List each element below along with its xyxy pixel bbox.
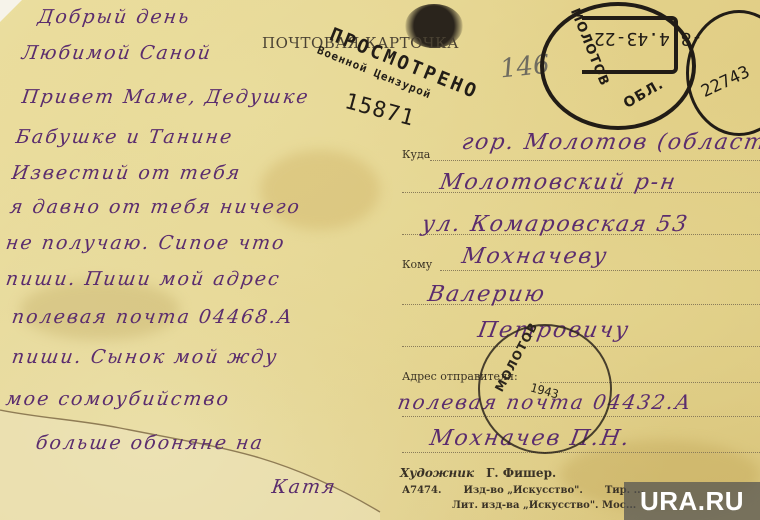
address-where-line: Молотовский р-н: [438, 170, 679, 195]
catalog-number: А7474.: [402, 485, 441, 496]
dotted-line: [430, 160, 760, 161]
message-line: не получаю. Сипое что: [4, 232, 287, 254]
address-where-line: гор. Молотов (областной): [460, 130, 760, 155]
message-line: пиши. Сынок мой жду: [10, 346, 279, 368]
message-line: Известий от тебя: [10, 162, 242, 184]
footer-artist: ХудожникГ. Фишер.: [400, 466, 556, 480]
publisher: Изд-во „Искусство".: [463, 485, 582, 496]
dotted-line: [440, 270, 760, 271]
artist-name: Г. Фишер.: [486, 466, 556, 480]
message-signature: Катя: [270, 476, 338, 498]
censor-number: 15871: [342, 89, 417, 132]
torn-corner: [0, 0, 22, 22]
label-whom: Кому: [402, 258, 432, 271]
message-line: мое сомоубийство: [4, 388, 231, 410]
message-line: пиши. Пиши мой адрес: [4, 268, 282, 290]
message-line: Добрый день: [36, 6, 192, 28]
paper-stain: [260, 150, 380, 230]
address-where-line: ул. Комаровская 53: [420, 212, 691, 237]
message-line: больше обоняне на: [34, 432, 265, 454]
postcard: ПОЧТОВАЯ КАРТОЧКА 146 ПРОСМОТРЕНО Военно…: [0, 0, 760, 520]
postmark-date: -8.4.43-22: [594, 28, 702, 49]
label-where: Куда: [402, 148, 430, 161]
address-whom-line: Валерию: [426, 282, 548, 307]
address-whom-line: Мохначеву: [460, 244, 610, 269]
message-line: Любимой Саной: [20, 42, 213, 64]
message-line: Привет Маме, Дедушке: [20, 86, 311, 108]
dotted-line: [402, 452, 760, 453]
footer-printer-line: Лит. изд-ва „Искусство". Мос...: [452, 500, 636, 511]
message-line: Бабушке и Танине: [14, 126, 234, 148]
watermark-logo: URA.RU: [624, 482, 760, 520]
artist-label: Художник: [400, 466, 474, 480]
message-line: полевая почта 04468.А: [10, 306, 295, 328]
message-line: я давно от тебя ничего: [8, 196, 302, 218]
